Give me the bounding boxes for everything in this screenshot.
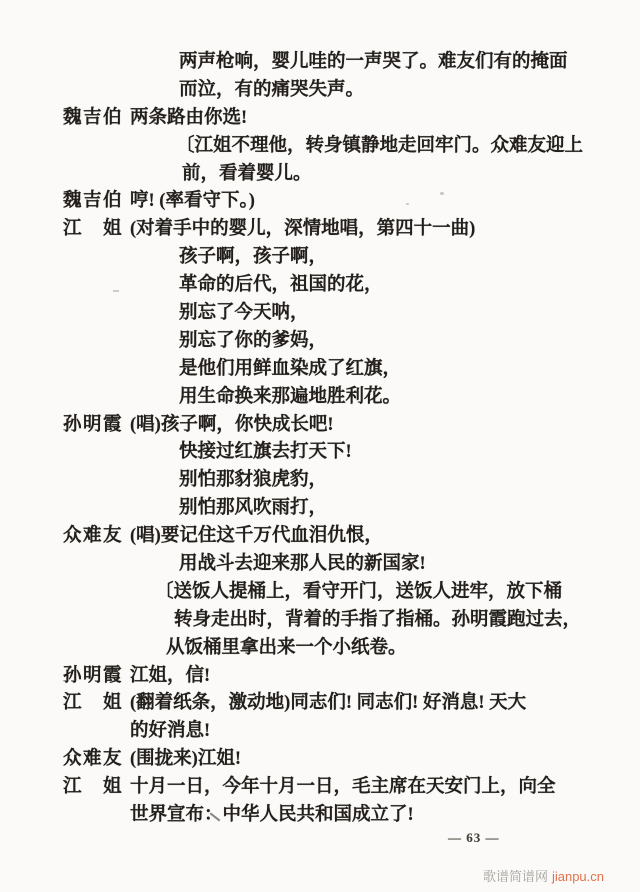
line-text: 用生命换来那遍地胜利花。 xyxy=(179,384,401,412)
script-line: 〔江姐不理他，转身镇静地走回牢门。众难友迎上 xyxy=(0,133,640,161)
script-line: 别忘了你的爹妈， xyxy=(0,328,640,356)
speaker-name: 江 姐 xyxy=(63,774,123,802)
script-line: 别怕那风吹雨打， xyxy=(0,495,640,523)
line-text: 十月一日，今年十月一日，毛主席在天安门上，向全 xyxy=(130,774,556,802)
script-line: 江 姐十月一日，今年十月一日，毛主席在天安门上，向全 xyxy=(0,774,640,802)
script-line: 众难友(唱)要记住这千万代血泪仇恨， xyxy=(0,523,640,551)
line-text: 孩子啊，孩子啊， xyxy=(179,244,327,272)
line-text: 别怕那豺狼虎豹， xyxy=(179,467,327,495)
script-line: 别怕那豺狼虎豹， xyxy=(0,467,640,495)
speaker-name: 众难友 xyxy=(63,746,123,774)
script-line: 别忘了今天呐， xyxy=(0,300,640,328)
script-line: 革命的后代，祖国的花， xyxy=(0,272,640,300)
script-line: 魏吉伯两条路由你选! xyxy=(0,105,640,133)
site-watermark: 歌谱简谱网jianpu.cn xyxy=(483,866,604,885)
line-text: 〔送饭人提桶上，看守开门，送饭人进牢，放下桶 xyxy=(155,579,562,607)
line-text: 别怕那风吹雨打， xyxy=(179,495,327,523)
line-text: (唱)孩子啊，你快成长吧! xyxy=(130,412,333,440)
line-text: 从饭桶里拿出来一个小纸卷。 xyxy=(166,635,407,663)
line-text: 两声枪响，婴儿哇的一声哭了。难友们有的掩面 xyxy=(179,49,568,77)
line-text: 别忘了你的爹妈， xyxy=(179,328,327,356)
script-lines: 两声枪响，婴儿哇的一声哭了。难友们有的掩面而泣，有的痛哭失声。魏吉伯两条路由你选… xyxy=(0,49,640,830)
line-text: 而泣，有的痛哭失声。 xyxy=(179,77,364,105)
script-line: 魏吉伯哼! (率看守下。) xyxy=(0,188,640,216)
script-line: 是他们用鲜血染成了红旗， xyxy=(0,356,640,384)
speaker-name: 孙明霞 xyxy=(63,412,123,440)
speaker-name: 江 姐 xyxy=(63,690,123,718)
line-text: 用战斗去迎来那人民的新国家! xyxy=(179,551,426,579)
line-text: 世界宣布：中华人民共和国成立了! xyxy=(130,802,414,830)
script-line: 两声枪响，婴儿哇的一声哭了。难友们有的掩面 xyxy=(0,49,640,77)
line-text: (唱)要记住这千万代血泪仇恨， xyxy=(130,523,383,551)
script-line: 众难友(围拢来)江姐! xyxy=(0,746,640,774)
script-line: 江 姐(对着手中的婴儿，深情地唱，第四十一曲) xyxy=(0,216,640,244)
script-line: 的好消息! xyxy=(0,718,640,746)
line-text: 两条路由你选! xyxy=(130,105,247,133)
speaker-name: 孙明霞 xyxy=(63,663,123,691)
line-text: 革命的后代，祖国的花， xyxy=(179,272,383,300)
line-text: 哼! (率看守下。) xyxy=(130,188,255,216)
line-text: 江姐，信! xyxy=(130,663,210,691)
line-text: 〔江姐不理他，转身镇静地走回牢门。众难友迎上 xyxy=(176,133,583,161)
script-line: 用生命换来那遍地胜利花。 xyxy=(0,384,640,412)
script-line: 江 姐(翻着纸条，激动地)同志们! 同志们! 好消息! 天大 xyxy=(0,690,640,718)
script-line: 〔送饭人提桶上，看守开门，送饭人进牢，放下桶 xyxy=(0,579,640,607)
script-line: 孙明霞江姐，信! xyxy=(0,663,640,691)
script-line: 快接过红旗去打天下! xyxy=(0,439,640,467)
line-text: 别忘了今天呐， xyxy=(179,300,309,328)
line-text: (翻着纸条，激动地)同志们! 同志们! 好消息! 天大 xyxy=(130,690,526,718)
script-line: 从饭桶里拿出来一个小纸卷。 xyxy=(0,635,640,663)
line-text: 的好消息! xyxy=(130,718,210,746)
scanned-script-page: 两声枪响，婴儿哇的一声哭了。难友们有的掩面而泣，有的痛哭失声。魏吉伯两条路由你选… xyxy=(0,0,640,892)
script-line: 用战斗去迎来那人民的新国家! xyxy=(0,551,640,579)
speaker-name: 魏吉伯 xyxy=(63,105,123,133)
script-line: 转身走出时，背着的手指了指桶。孙明霞跑过去， xyxy=(0,607,640,635)
line-text: 转身走出时，背着的手指了指桶。孙明霞跑过去， xyxy=(174,607,581,635)
script-line: 孙明霞(唱)孩子啊，你快成长吧! xyxy=(0,412,640,440)
script-line: 而泣，有的痛哭失声。 xyxy=(0,77,640,105)
watermark-site-url: jianpu.cn xyxy=(552,869,604,884)
line-text: 是他们用鲜血染成了红旗， xyxy=(179,356,401,384)
line-text: (对着手中的婴儿，深情地唱，第四十一曲) xyxy=(130,216,475,244)
page-number: — 63 — xyxy=(448,830,500,846)
script-line: 世界宣布：中华人民共和国成立了! xyxy=(0,802,640,830)
line-text: 前，看着婴儿。 xyxy=(182,161,312,189)
speaker-name: 江 姐 xyxy=(63,216,123,244)
speaker-name: 魏吉伯 xyxy=(63,188,123,216)
speaker-name: 众难友 xyxy=(63,523,123,551)
line-text: (围拢来)江姐! xyxy=(130,746,241,774)
watermark-site-name: 歌谱简谱网 xyxy=(483,869,548,884)
script-line: 孩子啊，孩子啊， xyxy=(0,244,640,272)
line-text: 快接过红旗去打天下! xyxy=(179,439,352,467)
script-line: 前，看着婴儿。 xyxy=(0,161,640,189)
